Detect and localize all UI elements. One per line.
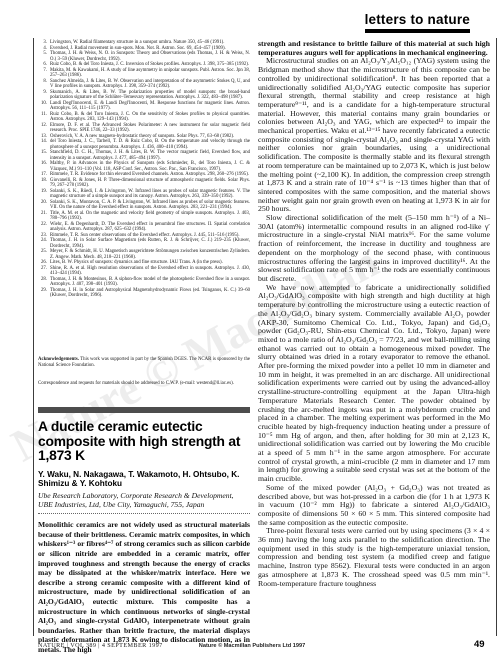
reference-number: 12. bbox=[38, 123, 50, 134]
reference-text: Stanchfield, D. C. H., Thomas, J. H. & L… bbox=[50, 150, 250, 161]
journal-header: letters to nature bbox=[365, 11, 470, 33]
reference-item: 14. del Toro Iniesta, J. C., Tarbell, T.… bbox=[38, 139, 250, 150]
reference-item: 19. Solanki, S. K., Rüedi, I. & Livingst… bbox=[38, 189, 250, 200]
reference-number: 7. bbox=[38, 68, 50, 79]
reference-text: Wiehr, E. & Degenhardt, D. The Evershed … bbox=[50, 222, 250, 233]
reference-item: 15. Stanchfield, D. C. H., Thomas, J. H.… bbox=[38, 150, 250, 161]
reference-number: 9. bbox=[38, 90, 50, 101]
reference-text: Meyer, F. & Schmidt, H. U. Magnetisch au… bbox=[50, 249, 250, 260]
reference-text: Landi Degl'Innocenti, E. & Landi Degl'In… bbox=[50, 101, 250, 112]
reference-item: 18. Giovanelli, R. & Jones, H. P. Three-… bbox=[38, 178, 250, 189]
body-paragraph: Some of the mixed powder (Al₂O₃ + Gd₂O₃)… bbox=[258, 484, 490, 528]
reference-item: 11. Ruiz Cobo, B. & del Toro Iniesta, J.… bbox=[38, 112, 250, 123]
acknowledgements-label: Acknowledgements. bbox=[38, 357, 79, 362]
reference-item: 27. Shine, R. A. et al. High resolution … bbox=[38, 266, 250, 277]
footer-page-number: 49 bbox=[474, 639, 485, 650]
reference-item: 20. Solanki, S. K., Montavon, C. A. P. &… bbox=[38, 200, 250, 211]
left-page-border bbox=[33, 38, 34, 636]
reference-text: Ruiz Cobo, B. & del Toro Iniesta, J. C. … bbox=[50, 112, 250, 123]
reference-text: Elmore, D. F. et al. The Advanced Stokes… bbox=[50, 123, 250, 134]
reference-text: Thomas, J. H. & Montesinos, B. A siphon-… bbox=[50, 277, 250, 288]
reference-text: del Toro Iniesta, J. C., Tarbell, T. D. … bbox=[50, 139, 250, 150]
reference-item: 12. Elmore, D. F. et al. The Advanced St… bbox=[38, 123, 250, 134]
footer-copyright: Nature © Macmillan Publishers Ltd 1997 bbox=[0, 643, 504, 649]
reference-item: 5. Thomas, J. H. & Weiss, N. O. in Sunsp… bbox=[38, 51, 250, 62]
body-paragraphs: Microstructural studies on an Al₂O₃/Y₃Al… bbox=[258, 57, 490, 588]
letters-to-nature-title: letters to nature bbox=[365, 12, 470, 33]
reference-text: Sanchez Almeida, J. & Lites, B. W. Obser… bbox=[50, 79, 250, 90]
reference-number: 18. bbox=[38, 178, 50, 189]
reference-item: 28. Thomas, J. H. & Montesinos, B. A sip… bbox=[38, 277, 250, 288]
body-column: strength and resistance to brittle failu… bbox=[258, 40, 490, 588]
body-paragraph: Slow directional solidification of the m… bbox=[258, 214, 490, 284]
abstract-continued: strength and resistance to brittle failu… bbox=[258, 40, 490, 57]
reference-item: 16. Maltby, P. in Advances in the Physic… bbox=[38, 161, 250, 172]
reference-item: 25. Meyer, F. & Schmidt, H. U. Magnetisc… bbox=[38, 249, 250, 260]
reference-item: 22. Wiehr, E. & Degenhardt, D. The Evers… bbox=[38, 222, 250, 233]
journal-page: Nature © Macmillan letters to nature 3. … bbox=[0, 0, 504, 663]
reference-text: Makita, M. & Kawakami, H. A study of lin… bbox=[50, 68, 250, 79]
reference-item: 24. Thomas, J. H. in Solar Surface Magne… bbox=[38, 238, 250, 249]
body-paragraph: Three-point flexural tests were carried … bbox=[258, 527, 490, 588]
body-paragraph: Microstructural studies on an Al₂O₃/Y₃Al… bbox=[258, 57, 490, 214]
references-list: 3. Livingston, W. Radial filamentary str… bbox=[38, 40, 250, 299]
article-title: A ductile ceramic eutectic composite wit… bbox=[38, 420, 250, 464]
reference-text: Skumanich, A. & Lites, B. W. The polariz… bbox=[50, 90, 250, 101]
reference-text: Thomas, J. H. & Weiss, N. O. in Sunspots… bbox=[50, 51, 250, 62]
reference-number: 19. bbox=[38, 189, 50, 200]
body-paragraph: We have now attempted to fabricate a uni… bbox=[258, 284, 490, 484]
right-page-border bbox=[496, 38, 497, 636]
reference-item: 29. Thomas, J. H. in Solar and Astrophys… bbox=[38, 288, 250, 299]
reference-text: Maltby, P. in Advances in the Physics of… bbox=[50, 161, 250, 172]
reference-text: Shine, R. A. et al. High resolution obse… bbox=[50, 266, 250, 277]
reference-number: 10. bbox=[38, 101, 50, 112]
acknowledgements: Acknowledgements. This work was supporte… bbox=[38, 357, 250, 368]
reference-text: Giovanelli, R. & Jones, H. P. Three-dime… bbox=[50, 178, 250, 189]
article-head: A ductile ceramic eutectic composite wit… bbox=[38, 407, 250, 654]
abstract-paragraph: Monolithic ceramics are not widely used … bbox=[38, 520, 250, 654]
reference-text: Title, A. M. et al. On the magnetic and … bbox=[50, 211, 250, 222]
reference-item: 7. Makita, M. & Kawakami, H. A study of … bbox=[38, 68, 250, 79]
reference-text: Solanki, S. K., Rüedi, I. & Livingston, … bbox=[50, 189, 250, 200]
reference-text: Thomas, J. H. in Solar and Astrophysical… bbox=[50, 288, 250, 299]
reference-number: 11. bbox=[38, 112, 50, 123]
reference-number: 22. bbox=[38, 222, 50, 233]
reference-text: Solanki, S. K., Montavon, C. A. P. & Liv… bbox=[50, 200, 250, 211]
reference-text: Thomas, J. H. in Solar Surface Magnetism… bbox=[50, 238, 250, 249]
reference-number: 25. bbox=[38, 249, 50, 260]
reference-number: 28. bbox=[38, 277, 50, 288]
reference-number: 21. bbox=[38, 211, 50, 222]
reference-item: 10. Landi Degl'Innocenti, E. & Landi Deg… bbox=[38, 101, 250, 112]
correspondence-note: Correspondence and requests for material… bbox=[38, 381, 250, 387]
article-affiliation: Ube Research Laboratory, Corporate Resea… bbox=[38, 492, 250, 514]
reference-number: 24. bbox=[38, 238, 50, 249]
reference-number: 20. bbox=[38, 200, 50, 211]
reference-number: 8. bbox=[38, 79, 50, 90]
reference-number: 29. bbox=[38, 288, 50, 299]
reference-number: 16. bbox=[38, 161, 50, 172]
article-authors: Y. Waku, N. Nakagawa, T. Wakamoto, H. Oh… bbox=[38, 470, 250, 489]
reference-item: 9. Skumanich, A. & Lites, B. W. The pola… bbox=[38, 90, 250, 101]
reference-number: 5. bbox=[38, 51, 50, 62]
reference-item: 8. Sanchez Almeida, J. & Lites, B. W. Ob… bbox=[38, 79, 250, 90]
reference-item: 21. Title, A. M. et al. On the magnetic … bbox=[38, 211, 250, 222]
reference-number: 14. bbox=[38, 139, 50, 150]
reference-number: 15. bbox=[38, 150, 50, 161]
reference-number: 27. bbox=[38, 266, 50, 277]
article-separator-bar bbox=[38, 407, 250, 413]
